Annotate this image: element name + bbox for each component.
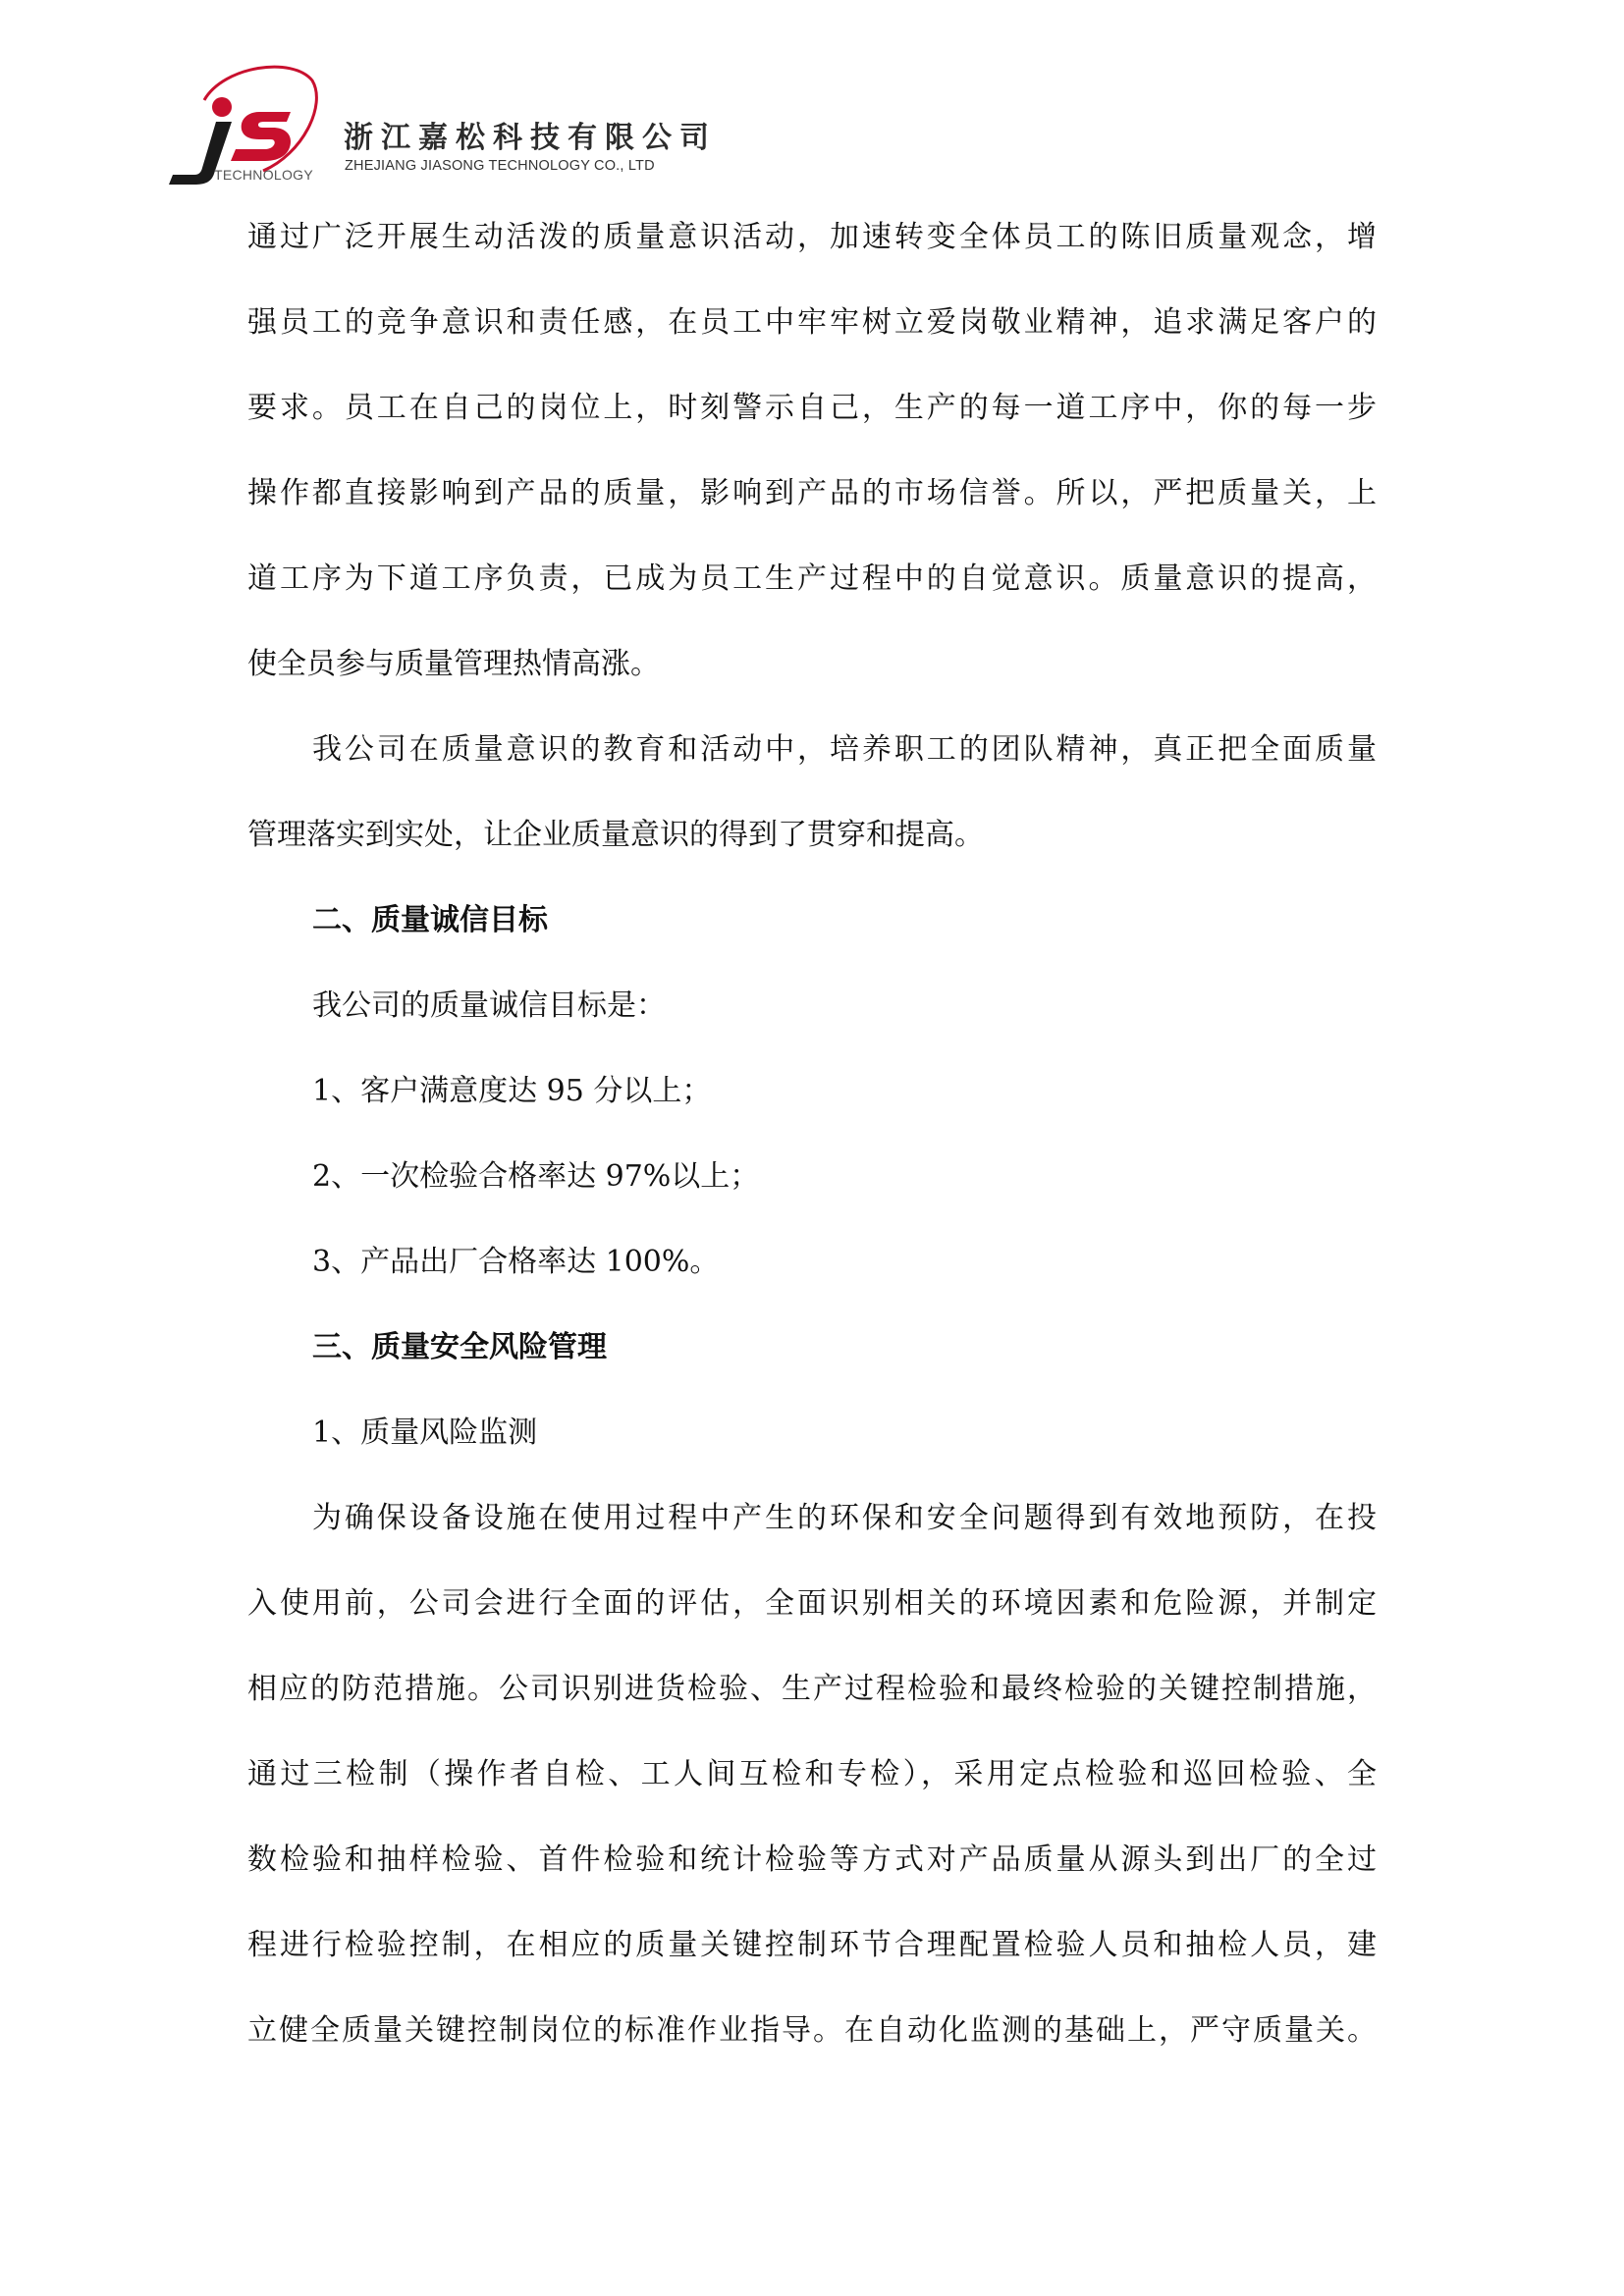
- body-line: 立健全质量关键控制岗位的标准作业指导。在自动化监测的基础上，严守质量关。: [247, 2011, 1377, 2051]
- section-heading: 二、质量诚信目标: [312, 901, 1377, 940]
- body-line: 使全员参与质量管理热情高涨。: [247, 645, 1377, 684]
- body-line: 要求。员工在自己的岗位上，时刻警示自己，生产的每一道工序中，你的每一步: [247, 389, 1377, 428]
- logo-tagline: TECHNOLOGY: [214, 167, 313, 183]
- body-line: 入使用前，公司会进行全面的评估，全面识别相关的环境因素和危险源，并制定: [247, 1584, 1377, 1624]
- list-item: 1、客户满意度达 95 分以上；: [312, 1072, 1377, 1111]
- body-line: 通过三检制（操作者自检、工人间互检和专检），采用定点检验和巡回检验、全: [247, 1755, 1377, 1794]
- body-line: 操作都直接影响到产品的质量，影响到产品的市场信誉。所以，严把质量关，上: [247, 474, 1377, 513]
- subsection-heading: 1、质量风险监测: [312, 1414, 1377, 1453]
- body-line: 程进行检验控制，在相应的质量关键控制环节合理配置检验人员和抽检人员，建: [247, 1926, 1377, 1965]
- body-line: 我公司在质量意识的教育和活动中，培养职工的团队精神，真正把全面质量: [312, 730, 1377, 770]
- body-line: 管理落实到实处，让企业质量意识的得到了贯穿和提高。: [247, 816, 1377, 855]
- body-line: 数检验和抽样检验、首件检验和统计检验等方式对产品质量从源头到出厂的全过: [247, 1841, 1377, 1880]
- body-line: 通过广泛开展生动活泼的质量意识活动，加速转变全体员工的陈旧质量观念，增: [247, 218, 1377, 257]
- body-line: 我公司的质量诚信目标是：: [312, 987, 1377, 1026]
- list-item: 2、一次检验合格率达 97%以上；: [312, 1157, 1377, 1197]
- section-heading: 三、质量安全风险管理: [312, 1328, 1377, 1367]
- document-page: TECHNOLOGY 浙江嘉松科技有限公司 ZHEJIANG JIASONG T…: [0, 0, 1624, 2296]
- company-name-cn: 浙江嘉松科技有限公司: [344, 122, 717, 155]
- company-logo: TECHNOLOGY: [165, 61, 322, 188]
- list-item: 3、产品出厂合格率达 100%。: [312, 1243, 1377, 1282]
- company-name-en: ZHEJIANG JIASONG TECHNOLOGY CO., LTD: [345, 157, 655, 175]
- body-line: 相应的防范措施。公司识别进货检验、生产过程检验和最终检验的关键控制措施，: [247, 1670, 1377, 1709]
- body-line: 强员工的竞争意识和责任感，在员工中牢牢树立爱岗敬业精神，追求满足客户的: [247, 303, 1377, 343]
- body-line: 道工序为下道工序负责，已成为员工生产过程中的自觉意识。质量意识的提高，: [247, 560, 1377, 599]
- body-line: 为确保设备设施在使用过程中产生的环保和安全问题得到有效地预防，在投: [312, 1499, 1377, 1538]
